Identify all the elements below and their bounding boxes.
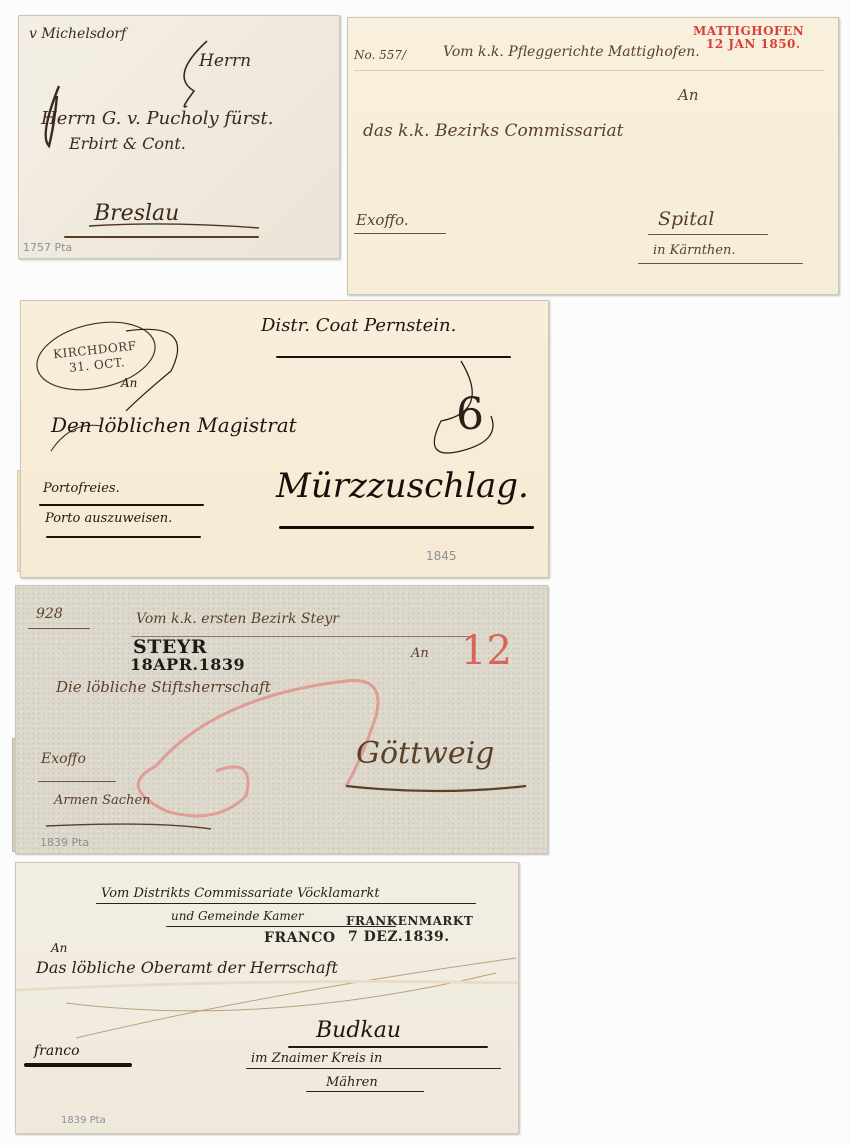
destination-line2: im Znaimer Kreis in xyxy=(251,1051,382,1066)
destination: Spital xyxy=(658,208,714,230)
endorsement-line2: Armen Sachen xyxy=(54,793,151,808)
sender-line2: und Gemeinde Kamer xyxy=(171,909,304,923)
endorsement-underline xyxy=(24,1063,132,1067)
addressee: Herrn G. v. Pucholy fürst. xyxy=(41,108,273,129)
pencil-note: 1845 xyxy=(426,549,457,563)
letter-3-kirchdorf-murzzuschlag: KIRCHDORF 31. OCT. Distr. Coat Pernstein… xyxy=(20,300,549,578)
destination: Mürzzuschlag. xyxy=(276,466,529,506)
reference-underline xyxy=(28,628,90,629)
postmark-line1: FRANKENMARKT xyxy=(346,914,473,928)
destination-underline xyxy=(288,1046,488,1048)
postmark-line2: 12 JAN 1850. xyxy=(706,37,801,51)
fold-line xyxy=(354,70,824,71)
destination-underline xyxy=(64,236,259,238)
endorsement: franco xyxy=(34,1043,80,1059)
endorsement-line1: Portofreies. xyxy=(43,481,120,496)
destination-line2-underline xyxy=(638,263,803,264)
addressee: Die löbliche Stiftsherrschaft xyxy=(56,678,271,696)
salutation: Herrn xyxy=(199,51,251,71)
pencil-note: 1839 Pta xyxy=(61,1115,106,1126)
destination-line3-underline xyxy=(306,1091,424,1092)
destination: Breslau xyxy=(94,201,179,226)
reference-number: No. 557/ xyxy=(354,48,406,62)
destination: Göttweig xyxy=(356,736,494,771)
endorsement-line1-underline xyxy=(38,781,116,782)
destination-underline xyxy=(279,526,534,529)
rate-mark: 12 xyxy=(461,628,512,674)
addressee: Den löblichen Magistrat xyxy=(51,413,297,437)
destination-line3: Mähren xyxy=(326,1075,378,1090)
salutation: An xyxy=(678,86,699,104)
salutation: An xyxy=(51,941,67,955)
reference-number: 928 xyxy=(36,606,63,622)
corner-note: v Michelsdorf xyxy=(29,26,126,42)
endorsement-line2: Porto auszuweisen. xyxy=(45,511,172,526)
postmark-line1: MATTIGHOFEN xyxy=(693,24,804,38)
endorsement-line2-underline xyxy=(46,536,201,538)
letter-4-steyr-gottweig: 928 Vom k.k. ersten Bezirk Steyr STEYR 1… xyxy=(15,585,548,854)
destination-underline xyxy=(648,234,768,235)
addressee: Das löbliche Oberamt der Herrschaft xyxy=(36,958,338,977)
pencil-note: 1839 Pta xyxy=(40,836,89,849)
postmark-line2: 7 DEZ.1839. xyxy=(348,929,450,945)
destination-line2: in Kärnthen. xyxy=(653,243,736,258)
endorsement-underline xyxy=(354,233,446,234)
postmark-line2: 18APR.1839 xyxy=(130,655,245,674)
destination-line2-underline xyxy=(246,1068,501,1069)
salutation: An xyxy=(121,376,137,390)
postmark-franco: FRANCO xyxy=(264,930,336,946)
sender-line: Vom k.k. ersten Bezirk Steyr xyxy=(136,611,339,627)
letter-5-frankenmarkt-budkau: Vom Distrikts Commissariate Vöcklamarkt … xyxy=(15,862,519,1134)
salutation: An xyxy=(411,646,429,661)
pencil-note: 1757 Pta xyxy=(23,241,72,254)
sender-line: Distr. Coat Pernstein. xyxy=(261,315,456,336)
sender-underline xyxy=(96,903,476,904)
letter-1-michelsdorf-breslau: v Michelsdorf Herrn Herrn G. v. Pucholy … xyxy=(18,15,340,259)
sender-underline xyxy=(276,356,511,358)
endorsement-line1: Exoffo xyxy=(41,751,86,767)
rate-mark: 6 xyxy=(456,389,484,440)
addressee: das k.k. Bezirks Commissariat xyxy=(363,121,624,141)
endorsement-line1-underline xyxy=(39,504,204,506)
endorsement: Exoffo. xyxy=(356,211,409,229)
destination: Budkau xyxy=(316,1018,401,1043)
letter-2-mattighofen-spital: MATTIGHOFEN 12 JAN 1850. No. 557/ Vom k.… xyxy=(347,17,839,295)
addressee-line2: Erbirt & Cont. xyxy=(69,134,186,153)
sender-line: Vom Distrikts Commissariate Vöcklamarkt xyxy=(101,886,380,901)
sender-line: Vom k.k. Pfleggerichte Mattighofen. xyxy=(443,44,700,60)
